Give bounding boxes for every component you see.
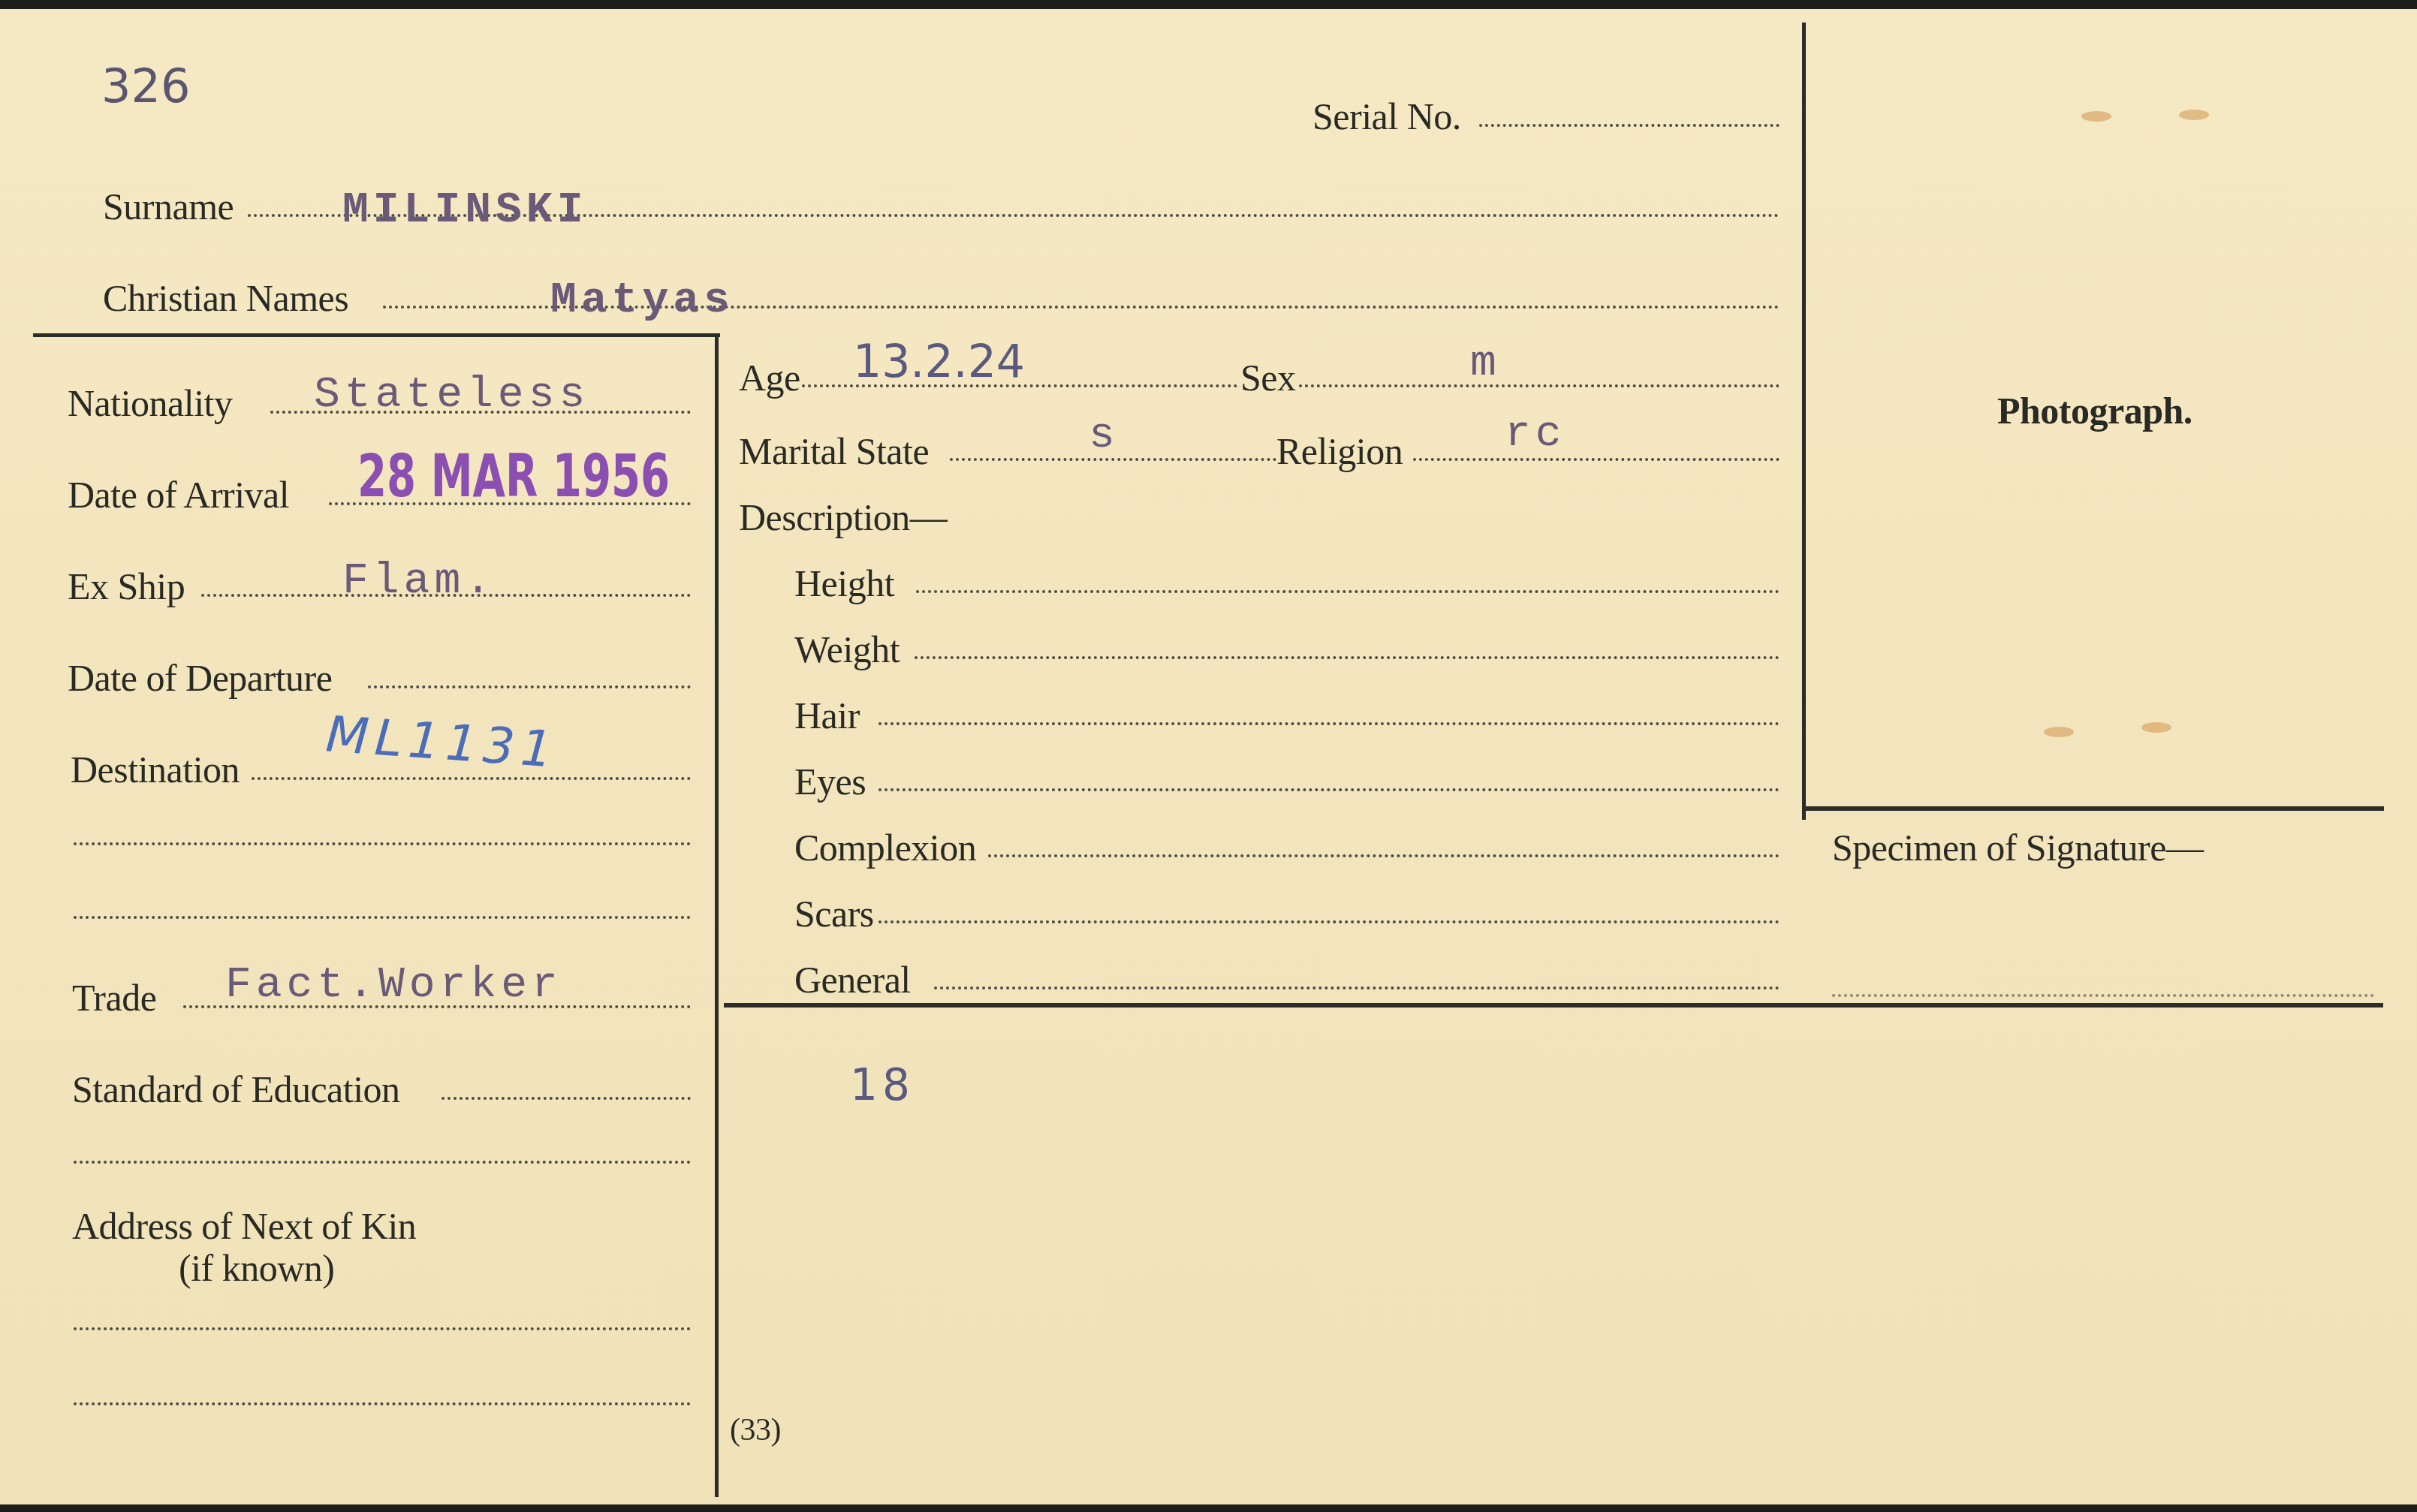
hair-label: Hair	[794, 697, 860, 734]
serial-no-field[interactable]	[1479, 124, 1780, 127]
form-number: (33)	[730, 1414, 781, 1446]
next-of-kin-line-1[interactable]	[74, 1327, 691, 1330]
arrival-date-stamp: 28 MAR 1956	[357, 447, 670, 506]
trade-value: Fact.Worker	[225, 964, 562, 1007]
marital-state-label: Marital State	[739, 432, 929, 470]
hair-field[interactable]	[878, 722, 1780, 725]
sex-value: m	[1470, 342, 1501, 386]
scan-top-edge	[0, 0, 2417, 9]
ex-ship-value: Flam.	[342, 560, 496, 604]
general-field[interactable]	[934, 986, 1780, 989]
religion-value: rc	[1505, 413, 1566, 456]
foxing-stain	[2044, 727, 2074, 737]
destination-value: ML1131	[324, 709, 560, 775]
photo-box-left-rule	[1802, 23, 1806, 820]
next-of-kin-sublabel: (if known)	[179, 1249, 334, 1287]
destination-extra-line-2[interactable]	[74, 916, 691, 919]
nationality-value: Stateless	[314, 374, 589, 417]
signature-field[interactable]	[1832, 994, 2374, 997]
destination-field[interactable]	[252, 777, 691, 780]
photo-box-bottom-rule	[1802, 806, 2384, 811]
general-label: General	[794, 961, 911, 998]
date-of-arrival-label: Date of Arrival	[68, 476, 289, 514]
description-bottom-rule	[724, 1003, 2383, 1007]
ex-ship-label: Ex Ship	[68, 568, 185, 605]
foxing-stain	[2141, 722, 2171, 733]
weight-field[interactable]	[915, 656, 1780, 659]
scan-bottom-edge	[0, 1504, 2417, 1512]
weight-label: Weight	[794, 631, 900, 668]
sex-field[interactable]	[1299, 384, 1780, 387]
nationality-label: Nationality	[68, 384, 232, 422]
photograph-label: Photograph.	[1997, 392, 2192, 429]
height-field[interactable]	[916, 590, 1780, 593]
marital-state-value: s	[1089, 414, 1120, 458]
note-number: 18	[850, 1063, 915, 1107]
card-number: 326	[101, 63, 190, 110]
education-label: Standard of Education	[72, 1071, 400, 1108]
serial-no-label: Serial No.	[1312, 98, 1461, 135]
destination-label: Destination	[71, 751, 240, 788]
religion-field[interactable]	[1413, 458, 1780, 461]
foxing-stain	[2081, 111, 2111, 122]
description-label: Description—	[739, 498, 947, 536]
left-top-rule	[33, 333, 720, 337]
education-extra-line[interactable]	[74, 1161, 691, 1164]
foxing-stain	[2179, 110, 2209, 120]
date-of-departure-field[interactable]	[368, 685, 691, 688]
sex-label: Sex	[1240, 359, 1296, 396]
height-label: Height	[794, 565, 894, 602]
eyes-label: Eyes	[794, 763, 866, 800]
destination-extra-line-1[interactable]	[74, 842, 691, 845]
signature-label: Specimen of Signature—	[1832, 829, 2203, 866]
left-column-divider	[715, 333, 719, 1497]
scars-field[interactable]	[878, 920, 1780, 923]
education-field[interactable]	[442, 1097, 691, 1100]
next-of-kin-label: Address of Next of Kin	[72, 1207, 416, 1245]
next-of-kin-line-2[interactable]	[74, 1402, 691, 1405]
surname-label: Surname	[103, 188, 234, 225]
religion-label: Religion	[1276, 432, 1403, 470]
complexion-field[interactable]	[988, 854, 1780, 857]
trade-label: Trade	[72, 979, 156, 1017]
registration-card: 326 Serial No. Surname MILINSKI Christia…	[0, 9, 2417, 1504]
age-value: 13.2.24	[853, 339, 1025, 384]
surname-value: MILINSKI	[342, 189, 587, 233]
age-label: Age	[739, 359, 800, 396]
date-of-departure-label: Date of Departure	[68, 659, 332, 697]
complexion-label: Complexion	[794, 829, 976, 866]
christian-names-value: Matyas	[550, 279, 734, 323]
scars-label: Scars	[794, 895, 874, 932]
christian-names-label: Christian Names	[103, 279, 348, 317]
eyes-field[interactable]	[878, 788, 1780, 791]
